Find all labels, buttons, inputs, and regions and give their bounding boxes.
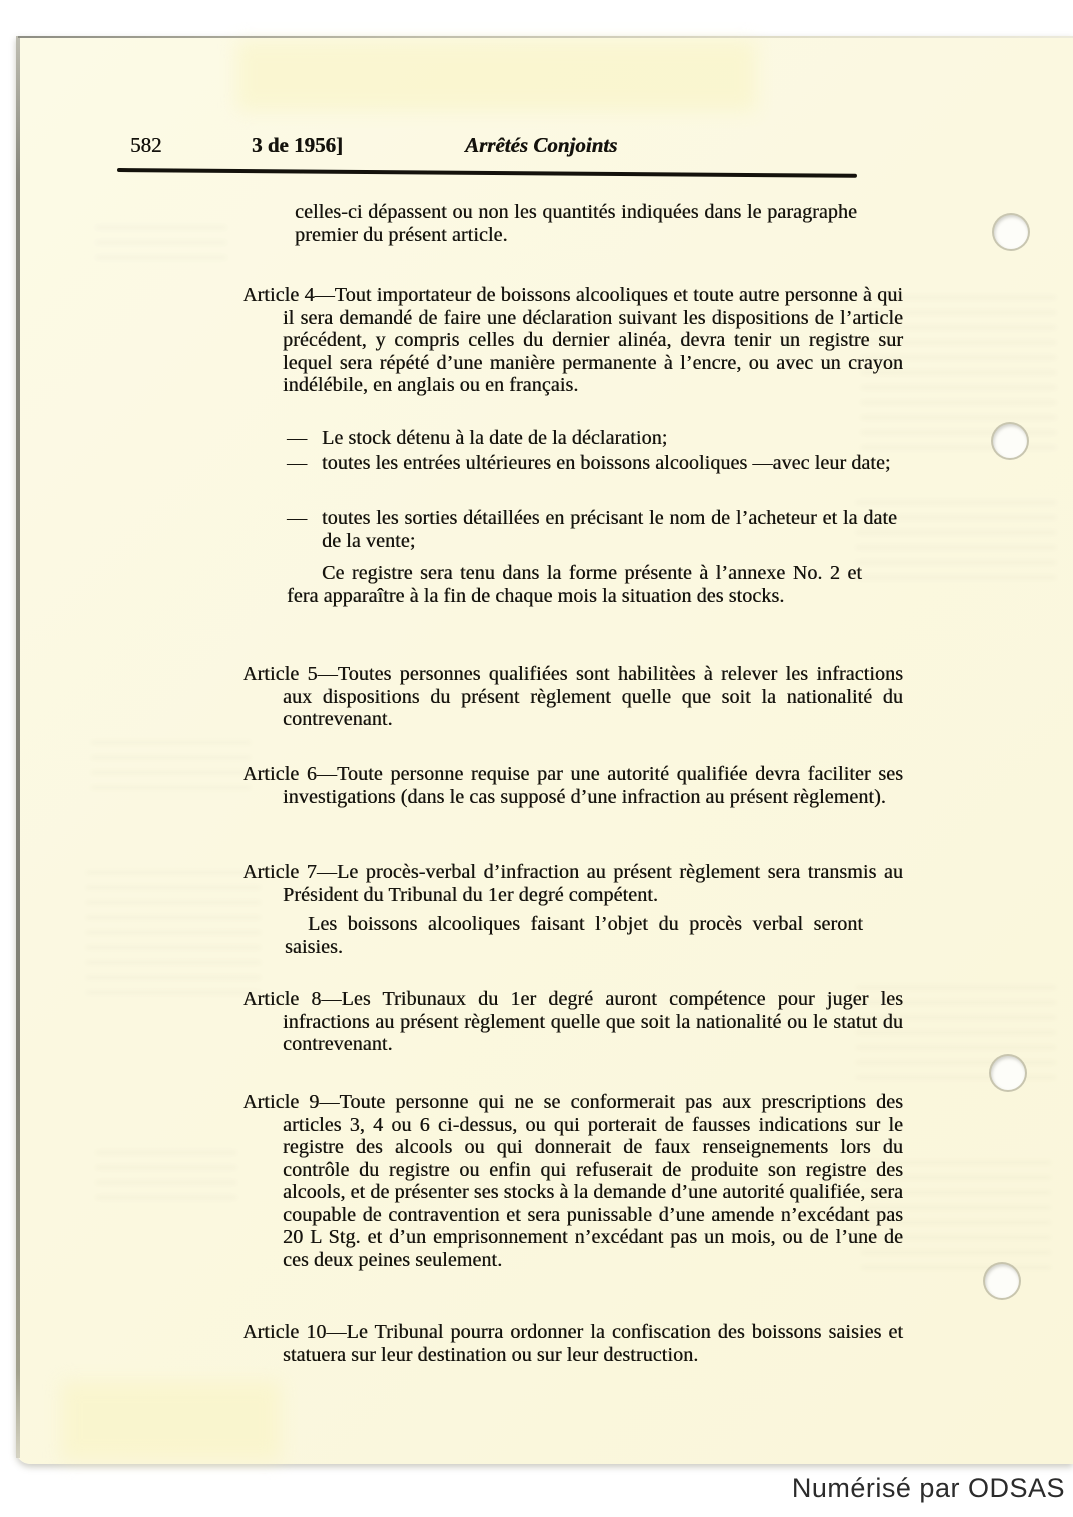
page-number: 582 (130, 133, 162, 157)
list-dash: — (287, 452, 307, 475)
bleed-through-smudge (86, 871, 261, 996)
punch-hole (985, 1264, 1019, 1298)
list-item: —toutes les entrées ultérieures en boiss… (287, 452, 897, 475)
bleed-through-smudge (96, 226, 226, 266)
scanned-document-viewport: 582 3 de 1956] Arrêtés Conjoints celles-… (0, 0, 1073, 1517)
issue-reference: 3 de 1956] (252, 133, 343, 157)
bleed-through-smudge (91, 741, 251, 791)
list-item-text: toutes les sorties détaillées en précisa… (322, 507, 897, 552)
article-8-paragraph: Article 8—Les Tribunaux du 1er degré aur… (243, 988, 903, 1056)
list-dash: — (287, 507, 307, 530)
article-7-paragraph: Article 7—Le procès-verbal d’infraction … (243, 861, 903, 906)
running-title: Arrêtés Conjoints (465, 133, 617, 157)
punch-hole (994, 215, 1028, 249)
continuation-paragraph: celles-ci dépassent ou non les quantités… (295, 201, 857, 246)
article-4-paragraph: Article 4—Tout importateur de boissons a… (243, 284, 903, 397)
article-5-paragraph: Article 5—Toutes personnes qualifiées so… (243, 663, 903, 731)
punch-hole (991, 1056, 1025, 1090)
punch-hole (993, 424, 1027, 458)
bleed-through-smudge (96, 1151, 236, 1206)
list-dash: — (287, 427, 307, 450)
registre-paragraph: Ce registre sera tenu dans la forme prés… (287, 562, 862, 607)
article-10-paragraph: Article 10—Le Tribunal pourra ordonner l… (243, 1321, 903, 1366)
paper-discoloration (61, 1381, 281, 1461)
article-6-paragraph: Article 6—Toute personne requise par une… (243, 763, 903, 808)
article-7-seizure-paragraph: Les boissons alcooliques faisant l’objet… (285, 913, 863, 958)
paper-discoloration (236, 41, 756, 111)
list-item: —toutes les sorties détaillées en précis… (287, 507, 897, 552)
article-9-paragraph: Article 9—Toute personne qui ne se confo… (243, 1091, 903, 1271)
list-item: —Le stock détenu à la date de la déclara… (287, 427, 897, 450)
list-item-text: toutes les entrées ultérieures en boisso… (322, 452, 891, 474)
scan-credit: Numérisé par ODSAS (792, 1473, 1065, 1504)
list-item-text: Le stock détenu à la date de la déclarat… (322, 427, 667, 449)
